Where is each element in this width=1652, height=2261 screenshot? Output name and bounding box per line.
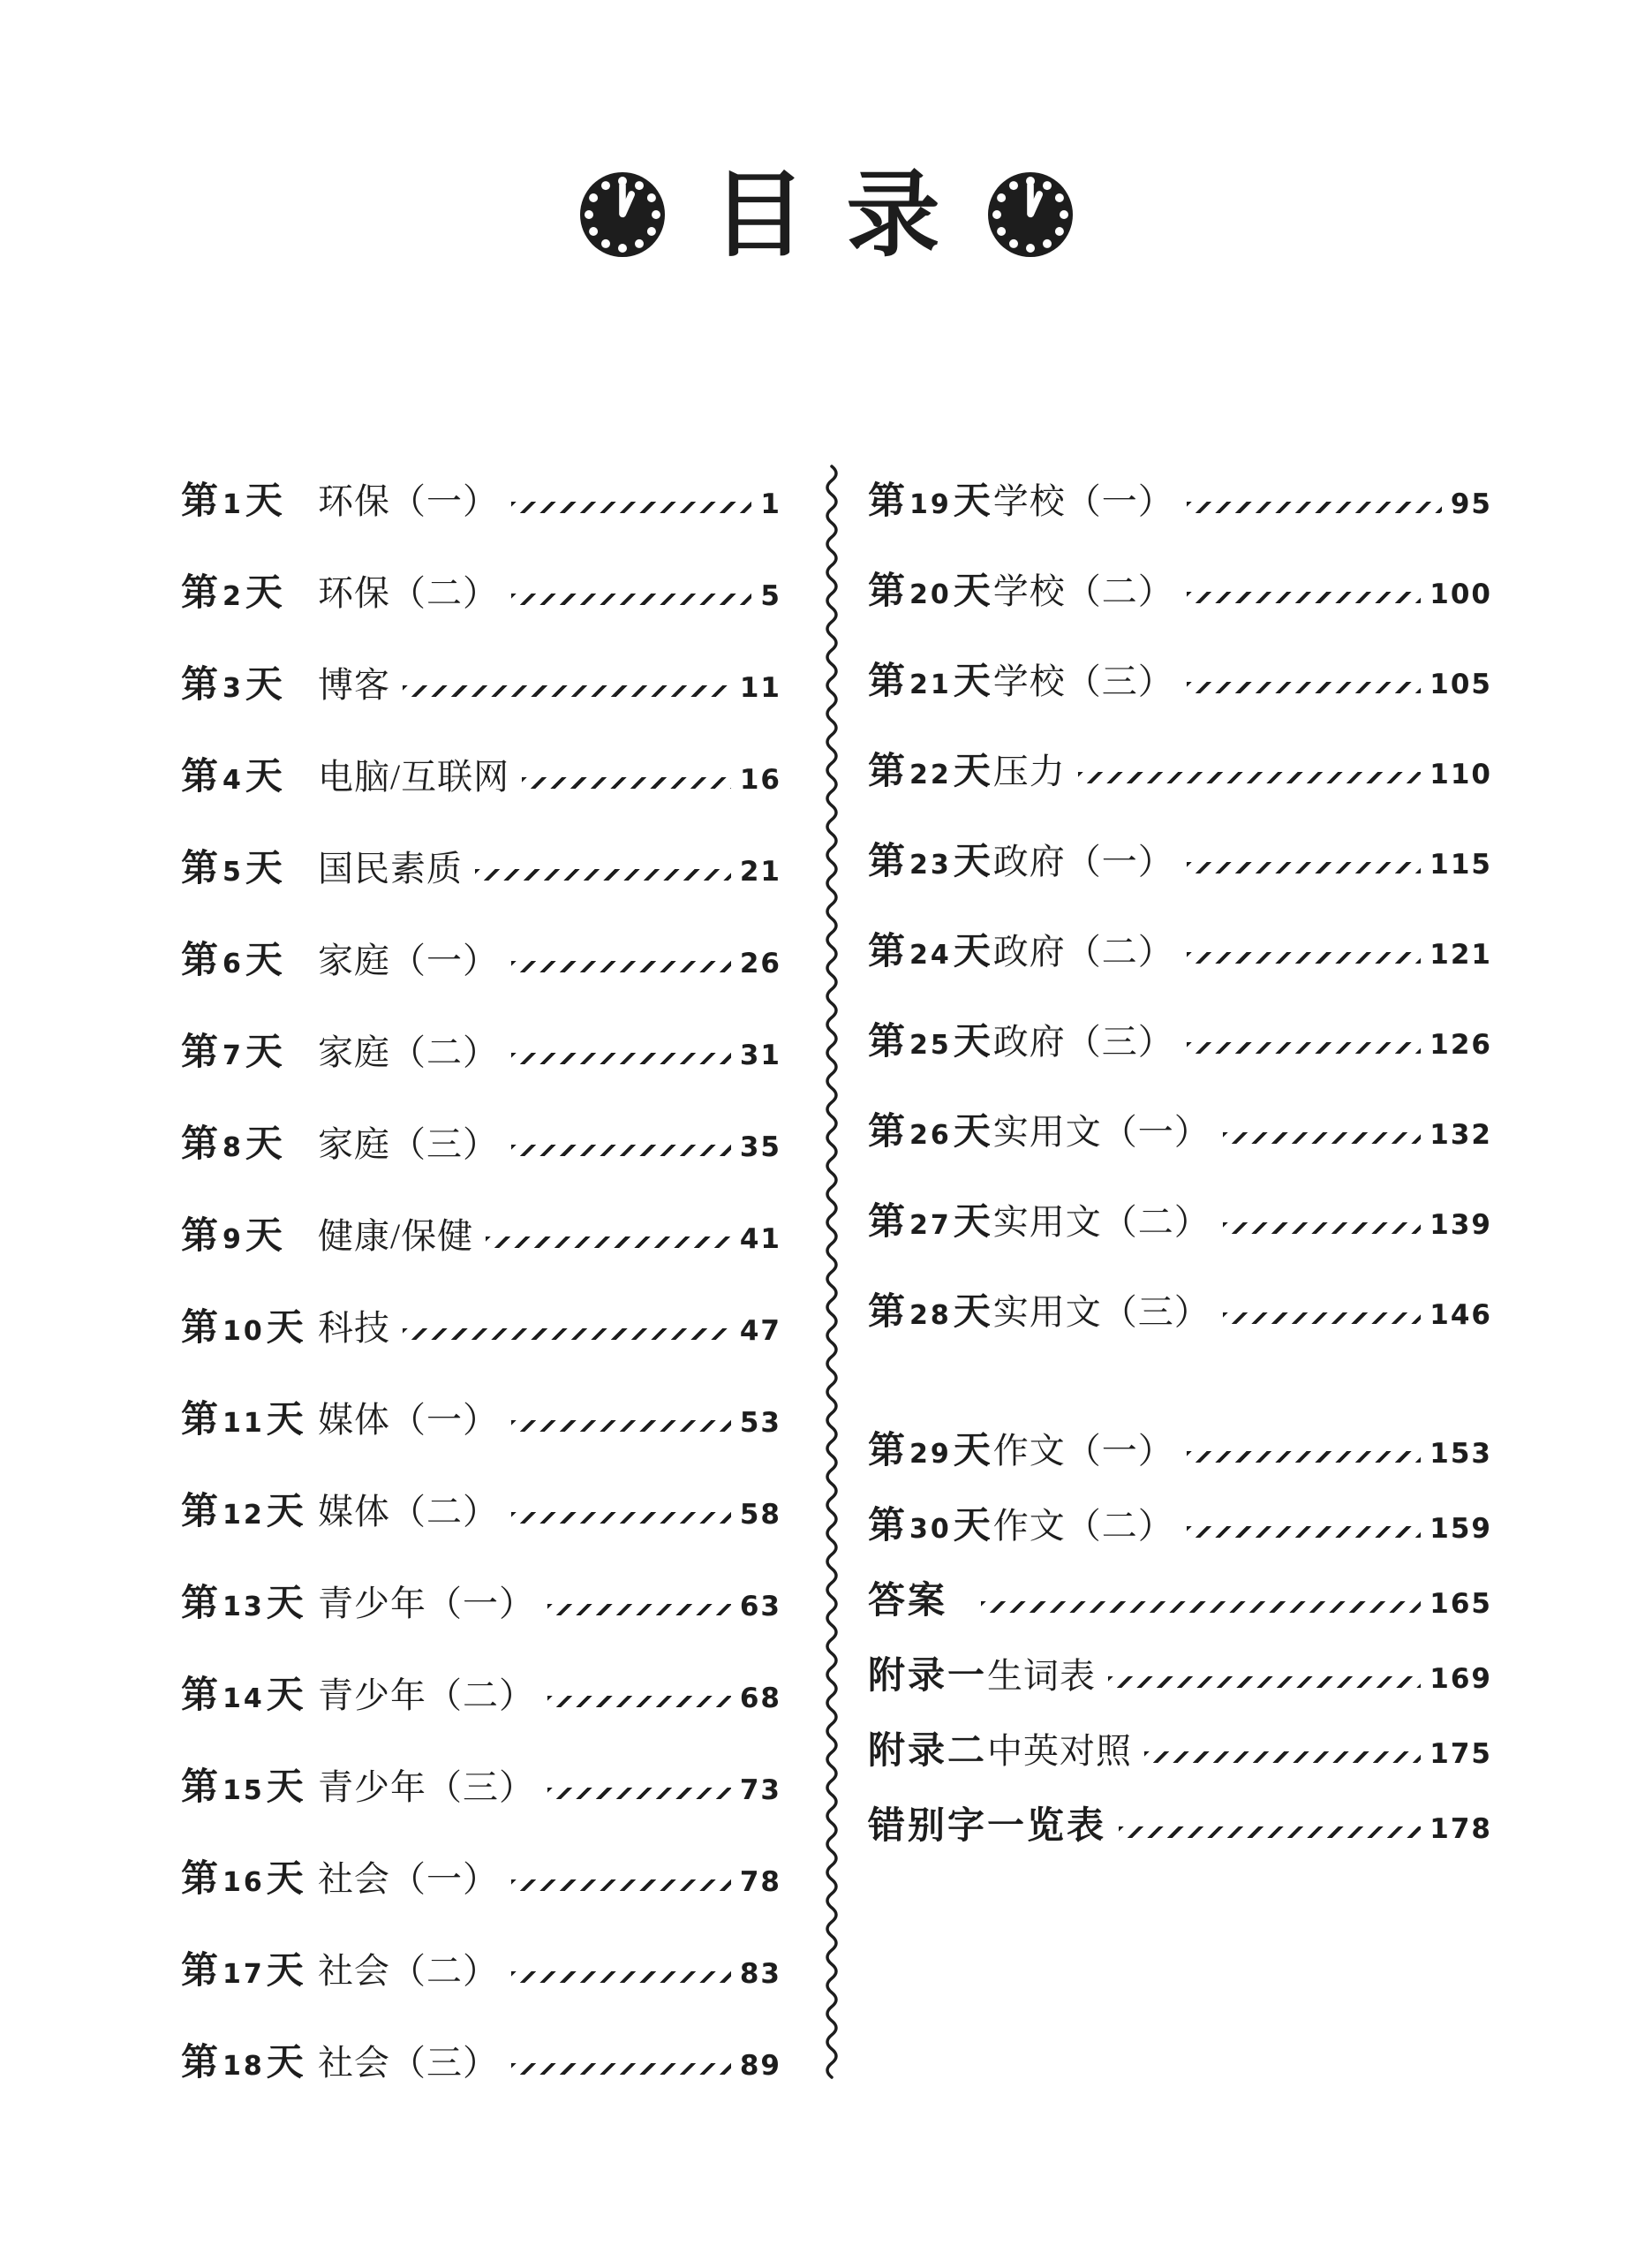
dot-leader-icon (511, 1512, 731, 1524)
toc-entry-page: 153 (1429, 1438, 1492, 1470)
toc-entry-page: 21 (740, 856, 781, 888)
toc-entry-day: 第30天 (868, 1505, 993, 1546)
toc-entry: 第1天 环保（一） 1 (181, 457, 781, 549)
toc-entry-page: 132 (1429, 1119, 1492, 1151)
toc-entry: 第16天 社会（一） 78 (181, 1835, 781, 1927)
toc-entry-page: 1 (760, 488, 781, 520)
toc-entry-topic: 电脑/互联网 (318, 758, 509, 797)
toc-entry: 第24天 政府（二） 121 (868, 909, 1492, 999)
toc-entry-page: 26 (740, 948, 781, 979)
toc-entry: 第13天 青少年（一） 63 (181, 1560, 781, 1652)
toc-entry-day: 第7天 (181, 1032, 318, 1072)
wavy-divider (820, 465, 843, 2097)
toc-entry: 第23天 政府（一） 115 (868, 819, 1492, 909)
toc-entry-day: 第19天 (868, 480, 993, 521)
toc-entry-day: 错别字一览表 (868, 1805, 1106, 1846)
toc-entry-page: 100 (1429, 578, 1492, 610)
toc-entry-topic: 中英对照 (987, 1732, 1132, 1771)
column-gap (868, 1359, 1492, 1416)
toc-entry-page: 169 (1429, 1663, 1492, 1695)
toc-entry-page: 73 (740, 1774, 781, 1806)
toc-entry-day: 第17天 (181, 1950, 318, 1991)
toc-entry-day: 第8天 (181, 1123, 318, 1164)
toc-entry: 第19天 学校（一） 95 (868, 458, 1492, 548)
toc-entry-page: 83 (740, 1958, 781, 1990)
toc-entry: 第29天 作文（一） 153 (868, 1416, 1492, 1491)
toc-entry-page: 31 (740, 1040, 781, 1071)
toc-entry-topic: 实用文（三） (993, 1293, 1211, 1332)
dot-leader-icon (1223, 1222, 1422, 1234)
toc-entry-page: 126 (1429, 1029, 1492, 1061)
toc-entry-topic: 青少年（一） (318, 1584, 535, 1623)
toc-entry: 第14天 青少年（二） 68 (181, 1652, 781, 1743)
toc-entry-page: 121 (1429, 939, 1492, 971)
toc-entry: 第6天 家庭（一） 26 (181, 917, 781, 1009)
dot-leader-icon (1187, 502, 1442, 513)
toc-entry-day: 第13天 (181, 1583, 318, 1623)
dot-leader-icon (547, 1696, 731, 1707)
toc-entry-page: 105 (1429, 669, 1492, 700)
toc-entry: 第7天 家庭（二） 31 (181, 1009, 781, 1100)
toc-entry: 第26天 实用文（一） 132 (868, 1089, 1492, 1179)
toc-entry-topic: 青少年（二） (318, 1676, 535, 1715)
dot-leader-icon (522, 777, 731, 789)
toc-entry-day: 第12天 (181, 1491, 318, 1531)
toc-entry: 第21天 学校（三） 105 (868, 639, 1492, 729)
toc-entry-page: 95 (1451, 488, 1492, 520)
toc-entry-page: 165 (1429, 1588, 1492, 1620)
dot-leader-icon (1187, 1451, 1422, 1463)
toc-entry-day: 第20天 (868, 571, 993, 611)
toc-entry-page: 58 (740, 1499, 781, 1531)
toc-entry-page: 11 (740, 672, 781, 704)
toc-entry-day: 第9天 (181, 1215, 318, 1256)
toc-entry: 附录二 中英对照 175 (868, 1716, 1492, 1791)
dot-leader-icon (511, 1971, 731, 1983)
toc-entry-page: 53 (740, 1407, 781, 1439)
toc-entry-page: 115 (1429, 849, 1492, 881)
toc-entry-day: 第23天 (868, 841, 993, 881)
toc-entry-topic: 家庭（三） (318, 1125, 499, 1164)
dot-leader-icon (547, 1604, 731, 1615)
toc-entry-day: 第2天 (181, 572, 318, 613)
toc-entry: 附录一 生词表 169 (868, 1641, 1492, 1716)
dot-leader-icon (511, 594, 751, 605)
clock-icon (578, 168, 667, 261)
toc-entry-page: 63 (740, 1591, 781, 1622)
dot-leader-icon (403, 1328, 731, 1340)
toc-entry: 第9天 健康/保健 41 (181, 1192, 781, 1284)
toc-entry-day: 第27天 (868, 1201, 993, 1242)
toc-entry-topic: 家庭（一） (318, 941, 499, 980)
dot-leader-icon (511, 961, 731, 972)
dot-leader-icon (1119, 1826, 1421, 1838)
toc-header: 目录 (0, 168, 1652, 261)
toc-entry-day: 第1天 (181, 480, 318, 521)
toc-entry: 第15天 青少年（三） 73 (181, 1743, 781, 1835)
toc-entry-topic: 压力 (993, 752, 1066, 791)
toc-entry: 第22天 压力 110 (868, 729, 1492, 819)
dot-leader-icon (511, 502, 751, 513)
toc-entry: 第8天 家庭（三） 35 (181, 1100, 781, 1192)
toc-entry-topic: 政府（一） (993, 843, 1174, 881)
toc-entry-page: 41 (740, 1223, 781, 1255)
toc-entry-topic: 博客 (318, 666, 390, 705)
toc-right-column: 第19天 学校（一） 95 第20天 学校（二） 100 第21天 学校（三） … (868, 458, 1492, 1866)
dot-leader-icon (403, 685, 731, 697)
toc-entry-day: 第21天 (868, 661, 993, 701)
toc-entry-day: 第5天 (181, 848, 318, 889)
dot-leader-icon (547, 1788, 731, 1799)
toc-entry: 答案 165 (868, 1566, 1492, 1641)
toc-entry-topic: 国民素质 (318, 850, 463, 889)
dot-leader-icon (1078, 772, 1422, 783)
toc-entry-topic: 社会（二） (318, 1952, 499, 1991)
dot-leader-icon (486, 1236, 731, 1248)
toc-entry: 第30天 作文（二） 159 (868, 1491, 1492, 1566)
dot-leader-icon (1187, 952, 1422, 964)
toc-entry-day: 第6天 (181, 940, 318, 980)
toc-entry-topic: 政府（三） (993, 1023, 1174, 1062)
toc-entry-page: 16 (740, 764, 781, 796)
toc-entry-page: 110 (1429, 759, 1492, 790)
clock-icon (986, 168, 1075, 261)
dot-leader-icon (511, 1145, 731, 1156)
toc-entry-topic: 健康/保健 (318, 1217, 473, 1256)
dot-leader-icon (1187, 862, 1422, 873)
toc-entry-page: 89 (740, 2050, 781, 2082)
toc-entry-page: 78 (740, 1866, 781, 1898)
dot-leader-icon (511, 1420, 731, 1432)
toc-entry: 第18天 社会（三） 89 (181, 2019, 781, 2111)
toc-entry-topic: 环保（一） (318, 482, 499, 521)
dot-leader-icon (1187, 592, 1422, 603)
dot-leader-icon (1223, 1132, 1422, 1144)
toc-left-column: 第1天 环保（一） 1 第2天 环保（二） 5 第3天 博客 11 第4天 电脑… (181, 457, 781, 2111)
dot-leader-icon (981, 1601, 1421, 1613)
toc-entry-topic: 媒体（二） (318, 1493, 499, 1531)
toc-entry-day: 第25天 (868, 1021, 993, 1062)
toc-entry-topic: 作文（二） (993, 1507, 1174, 1546)
toc-entry-topic: 作文（一） (993, 1432, 1174, 1471)
toc-entry-page: 139 (1429, 1209, 1492, 1241)
toc-entry-page: 47 (740, 1315, 781, 1347)
toc-entry-topic: 实用文（二） (993, 1203, 1211, 1242)
dot-leader-icon (511, 1053, 731, 1064)
toc-entry: 第11天 媒体（一） 53 (181, 1376, 781, 1468)
toc-entry-day: 第3天 (181, 664, 318, 705)
toc-entry: 第5天 国民素质 21 (181, 825, 781, 917)
toc-entry-day: 第24天 (868, 931, 993, 972)
toc-entry-day: 第26天 (868, 1111, 993, 1152)
toc-page: 目录 第1天 环保（一） 1 第2天 环保（二） 5 第3天 博客 (0, 0, 1652, 2261)
toc-entry-page: 159 (1429, 1513, 1492, 1545)
toc-entry-day: 第14天 (181, 1675, 318, 1715)
toc-entry-day: 附录二 (868, 1730, 987, 1771)
toc-entry-topic: 家庭（二） (318, 1033, 499, 1072)
dot-leader-icon (1187, 682, 1422, 693)
toc-entry-day: 第22天 (868, 751, 993, 791)
dot-leader-icon (511, 2063, 731, 2075)
dot-leader-icon (475, 869, 731, 881)
toc-entry: 错别字一览表 178 (868, 1791, 1492, 1866)
toc-entry: 第27天 实用文（二） 139 (868, 1179, 1492, 1269)
toc-entry-day: 第18天 (181, 2042, 318, 2083)
toc-entry-page: 5 (760, 580, 781, 612)
toc-entry-topic: 实用文（一） (993, 1113, 1211, 1152)
toc-entry-page: 146 (1429, 1299, 1492, 1331)
toc-entry-day: 第15天 (181, 1766, 318, 1807)
toc-entry-day: 第16天 (181, 1858, 318, 1899)
dot-leader-icon (1144, 1751, 1421, 1763)
toc-entry: 第2天 环保（二） 5 (181, 549, 781, 641)
toc-entry-day: 第29天 (868, 1430, 993, 1471)
toc-entry: 第12天 媒体（二） 58 (181, 1468, 781, 1560)
toc-entry-topic: 媒体（一） (318, 1401, 499, 1440)
toc-entry-topic: 社会（三） (318, 2044, 499, 2083)
toc-entry-topic: 政府（二） (993, 933, 1174, 972)
toc-entry: 第17天 社会（二） 83 (181, 1927, 781, 2019)
dot-leader-icon (511, 1879, 731, 1891)
toc-entry-topic: 学校（一） (993, 482, 1174, 521)
toc-entry-topic: 科技 (318, 1309, 390, 1348)
dot-leader-icon (1108, 1676, 1421, 1688)
dot-leader-icon (1187, 1042, 1422, 1054)
toc-entry-page: 35 (740, 1131, 781, 1163)
toc-entry-page: 178 (1429, 1813, 1492, 1845)
toc-entry: 第3天 博客 11 (181, 641, 781, 733)
toc-entry-topic: 学校（二） (993, 572, 1174, 611)
toc-entry: 第28天 实用文（三） 146 (868, 1269, 1492, 1359)
toc-entry: 第25天 政府（三） 126 (868, 999, 1492, 1089)
dot-leader-icon (1187, 1526, 1422, 1538)
toc-entry: 第10天 科技 47 (181, 1284, 781, 1376)
toc-entry-page: 175 (1429, 1738, 1492, 1770)
toc-entry-day: 第28天 (868, 1291, 993, 1332)
toc-entry: 第20天 学校（二） 100 (868, 548, 1492, 639)
toc-entry-topic: 社会（一） (318, 1860, 499, 1899)
page-title: 目录 (713, 168, 981, 261)
toc-entry-day: 附录一 (868, 1655, 987, 1696)
toc-entry: 第4天 电脑/互联网 16 (181, 733, 781, 825)
dot-leader-icon (1223, 1312, 1422, 1324)
toc-entry-day: 答案 (868, 1580, 969, 1621)
toc-entry-page: 68 (740, 1683, 781, 1714)
toc-entry-topic: 生词表 (987, 1657, 1096, 1696)
toc-entry-topic: 学校（三） (993, 662, 1174, 701)
toc-entry-topic: 环保（二） (318, 574, 499, 613)
toc-entry-day: 第10天 (181, 1307, 318, 1348)
toc-entry-day: 第4天 (181, 756, 318, 797)
toc-entry-day: 第11天 (181, 1399, 318, 1440)
toc-entry-topic: 青少年（三） (318, 1768, 535, 1807)
